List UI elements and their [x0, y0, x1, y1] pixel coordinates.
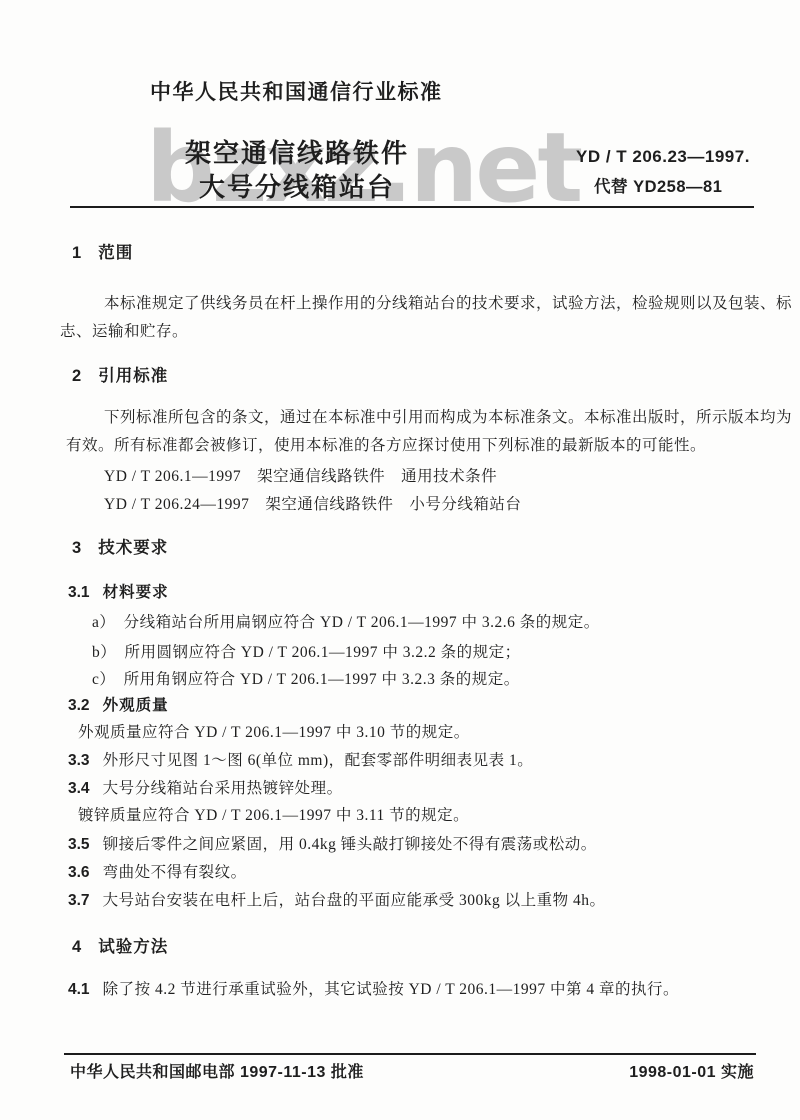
clause-3-1-title: 材料要求 [103, 584, 169, 601]
clause-3-5: 3.5铆接后零件之间应紧固，用 0.4kg 锤头敲打铆接处不得有震荡或松动。 [68, 835, 597, 855]
section-3-title: 技术要求 [98, 539, 168, 557]
clause-3-1-item-a: a） 分线箱站台所用扁钢应符合 YD / T 206.1—1997 中 3.2.… [92, 613, 600, 632]
section-4-title: 试验方法 [98, 938, 168, 956]
section-1-heading: 1范围 [72, 243, 133, 264]
standard-org-label: 中华人民共和国通信行业标准 [150, 80, 443, 106]
clause-3-7: 3.7大号站台安装在电杆上后，站台盘的平面应能承受 300kg 以上重物 4h。 [68, 891, 605, 911]
scope-paragraph-line2: 志、运输和贮存。 [60, 322, 188, 341]
header-rule [70, 206, 754, 208]
references-paragraph-line1: 下列标准所包含的条文，通过在本标准中引用而构成为本标准条文。本标准出版时，所示版… [104, 408, 792, 427]
reference-item-2: YD / T 206.24—1997 架空通信线路铁件 小号分线箱站台 [104, 495, 521, 514]
supersedes-note: 代替 YD258—81 [594, 177, 722, 198]
clause-3-5-text: 铆接后零件之间应紧固，用 0.4kg 锤头敲打铆接处不得有震荡或松动。 [103, 836, 597, 853]
clause-3-5-number: 3.5 [68, 836, 90, 853]
section-2-heading: 2引用标准 [72, 366, 168, 387]
footer-effective: 1998-01-01 实施 [629, 1063, 754, 1083]
clause-3-7-text: 大号站台安装在电杆上后，站台盘的平面应能承受 300kg 以上重物 4h。 [103, 892, 606, 909]
clause-3-7-number: 3.7 [68, 892, 90, 909]
clause-3-3-text: 外形尺寸见图 1～图 6(单位 mm)，配套零部件明细表见表 1。 [103, 752, 534, 769]
clause-4-1-number: 4.1 [68, 981, 90, 998]
clause-4-1-text: 除了按 4.2 节进行承重试验外，其它试验按 YD / T 206.1—1997… [103, 981, 679, 998]
clause-3-6-number: 3.6 [68, 864, 90, 881]
references-paragraph-line2: 有效。所有标准都会被修订，使用本标准的各方应探讨使用下列标准的最新版本的可能性。 [66, 436, 706, 455]
clause-3-1-heading: 3.1材料要求 [68, 583, 169, 603]
section-4-heading: 4试验方法 [72, 937, 168, 958]
clause-3-4-number: 3.4 [68, 780, 90, 797]
clause-3-1-item-b: b） 所用圆钢应符合 YD / T 206.1—1997 中 3.2.2 条的规… [92, 643, 521, 662]
clause-3-2-heading: 3.2外观质量 [68, 696, 169, 716]
clause-4-1: 4.1除了按 4.2 节进行承重试验外，其它试验按 YD / T 206.1—1… [68, 980, 679, 1000]
clause-3-6: 3.6弯曲处不得有裂纹。 [68, 863, 247, 883]
clause-3-3-number: 3.3 [68, 752, 90, 769]
clause-3-6-text: 弯曲处不得有裂纹。 [103, 864, 247, 881]
standard-number: YD / T 206.23—1997. [576, 146, 750, 167]
section-1-number: 1 [72, 244, 82, 262]
footer-approved: 中华人民共和国邮电部 1997-11-13 批准 [70, 1063, 364, 1083]
section-3-heading: 3技术要求 [72, 538, 168, 559]
footer-rule [64, 1053, 756, 1055]
section-4-number: 4 [72, 938, 82, 956]
clause-3-4-note: 镀锌质量应符合 YD / T 206.1—1997 中 3.11 节的规定。 [78, 806, 469, 825]
doc-title-line2: 大号分线箱站台 [199, 171, 395, 204]
section-2-title: 引用标准 [98, 367, 168, 385]
clause-3-2-number: 3.2 [68, 697, 90, 714]
section-3-number: 3 [72, 539, 82, 557]
reference-item-1: YD / T 206.1—1997 架空通信线路铁件 通用技术条件 [104, 467, 497, 486]
clause-3-2-note: 外观质量应符合 YD / T 206.1—1997 中 3.10 节的规定。 [78, 723, 470, 742]
section-2-number: 2 [72, 367, 82, 385]
doc-title-line1: 架空通信线路铁件 [185, 137, 409, 170]
clause-3-1-item-c: c） 所用角钢应符合 YD / T 206.1—1997 中 3.2.3 条的规… [92, 670, 520, 689]
clause-3-2-title: 外观质量 [103, 697, 169, 714]
clause-3-4: 3.4大号分线箱站台采用热镀锌处理。 [68, 779, 343, 799]
clause-3-4-text: 大号分线箱站台采用热镀锌处理。 [103, 780, 343, 797]
section-1-title: 范围 [98, 244, 133, 262]
clause-3-1-number: 3.1 [68, 584, 90, 601]
document-page: bzxz.net 中华人民共和国通信行业标准 架空通信线路铁件 大号分线箱站台 … [0, 0, 800, 1120]
clause-3-3: 3.3外形尺寸见图 1～图 6(单位 mm)，配套零部件明细表见表 1。 [68, 751, 533, 771]
scope-paragraph-line1: 本标准规定了供线务员在杆上操作用的分线箱站台的技术要求，试验方法，检验规则以及包… [104, 294, 792, 313]
